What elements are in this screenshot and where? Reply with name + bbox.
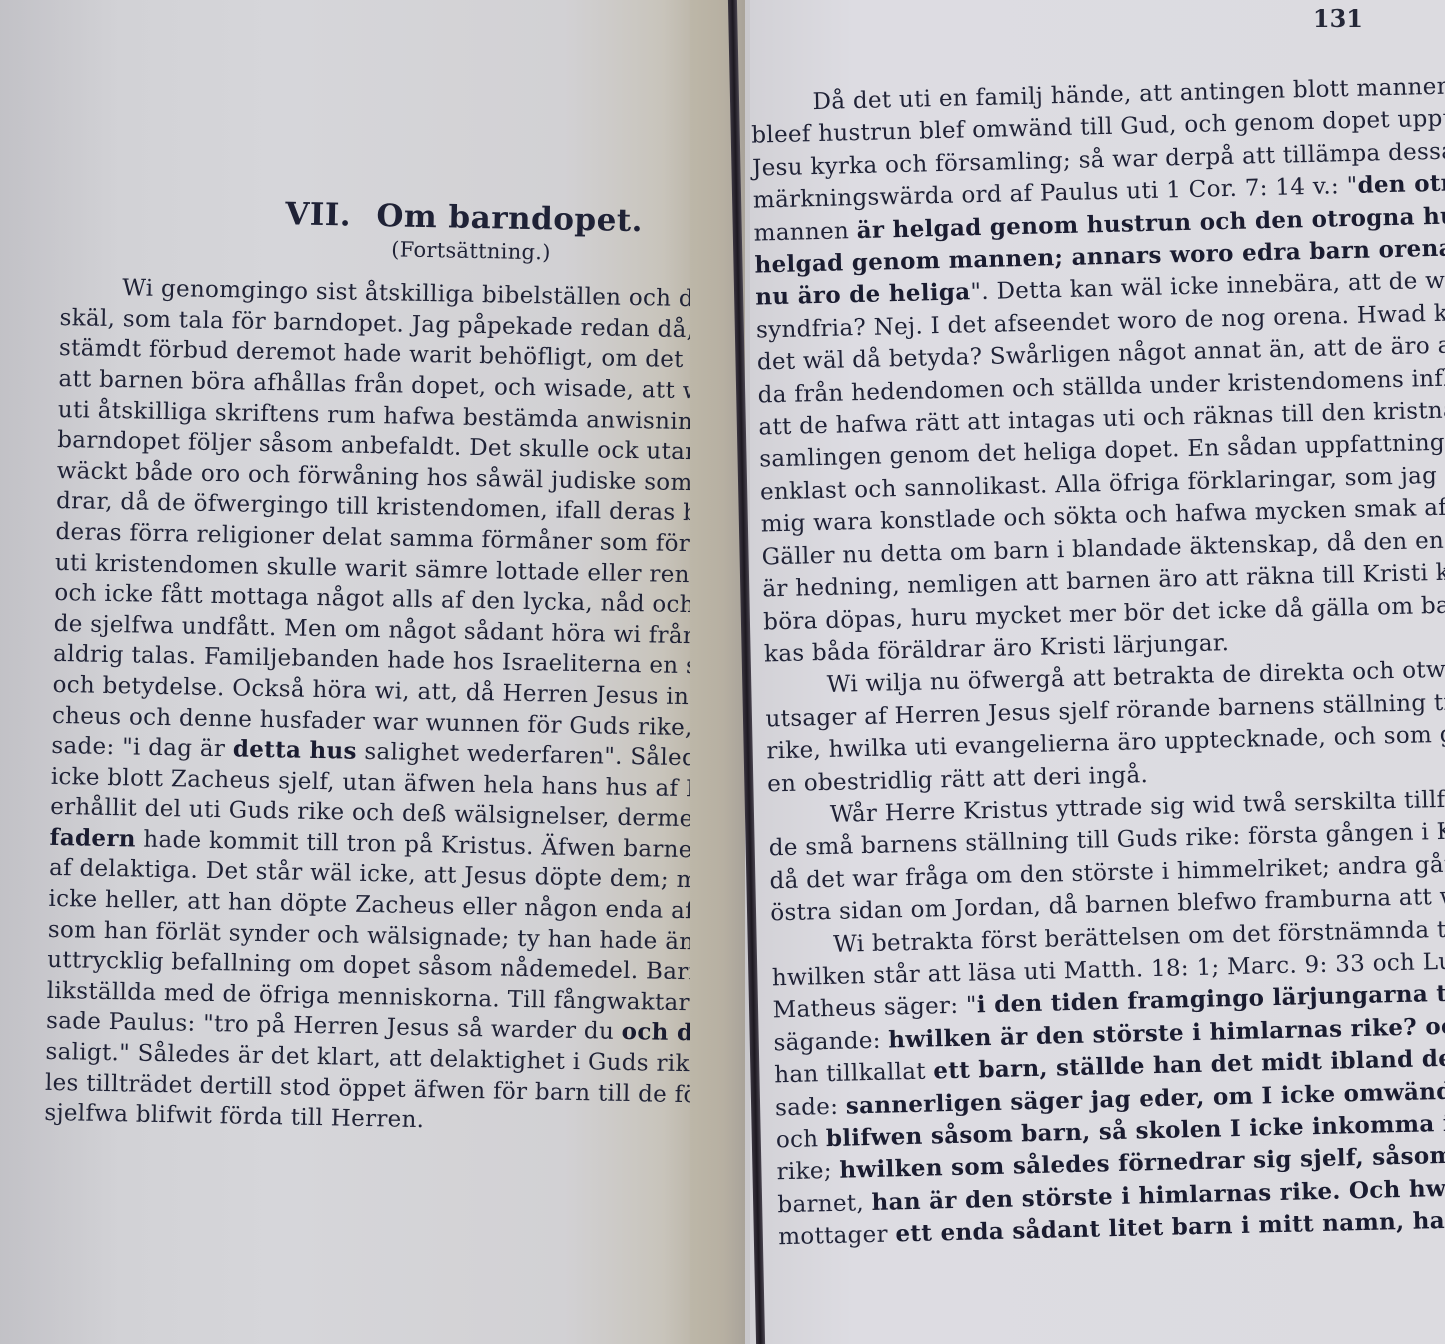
emphasized-text: fadern bbox=[49, 824, 136, 853]
right-page-body: Då det uti en familj hände, att antingen… bbox=[750, 72, 1418, 1254]
emphasized-text: nu äro de heliga bbox=[755, 279, 971, 311]
right-page-text: Då det uti en familj hände, att antingen… bbox=[750, 72, 1418, 1254]
chapter-title: Om barndopet. bbox=[376, 198, 643, 239]
left-page-body: Wi genomgingo sist åtskilliga bibelställ… bbox=[44, 272, 705, 1141]
open-book-spread: VII. Om barndopet. (Fortsättning.) Wi ge… bbox=[0, 0, 1445, 1344]
page-number: 131 bbox=[1313, 4, 1363, 33]
chapter-number: VII. bbox=[285, 196, 352, 233]
left-page: VII. Om barndopet. (Fortsättning.) Wi ge… bbox=[0, 0, 705, 1344]
right-page: 131 Då det uti en familj hände, att anti… bbox=[750, 0, 1445, 1344]
left-page-text: VII. Om barndopet. (Fortsättning.) Wi ge… bbox=[44, 195, 705, 1141]
emphasized-text: den otrogne bbox=[1357, 168, 1445, 199]
emphasized-text: detta hus bbox=[233, 735, 357, 764]
